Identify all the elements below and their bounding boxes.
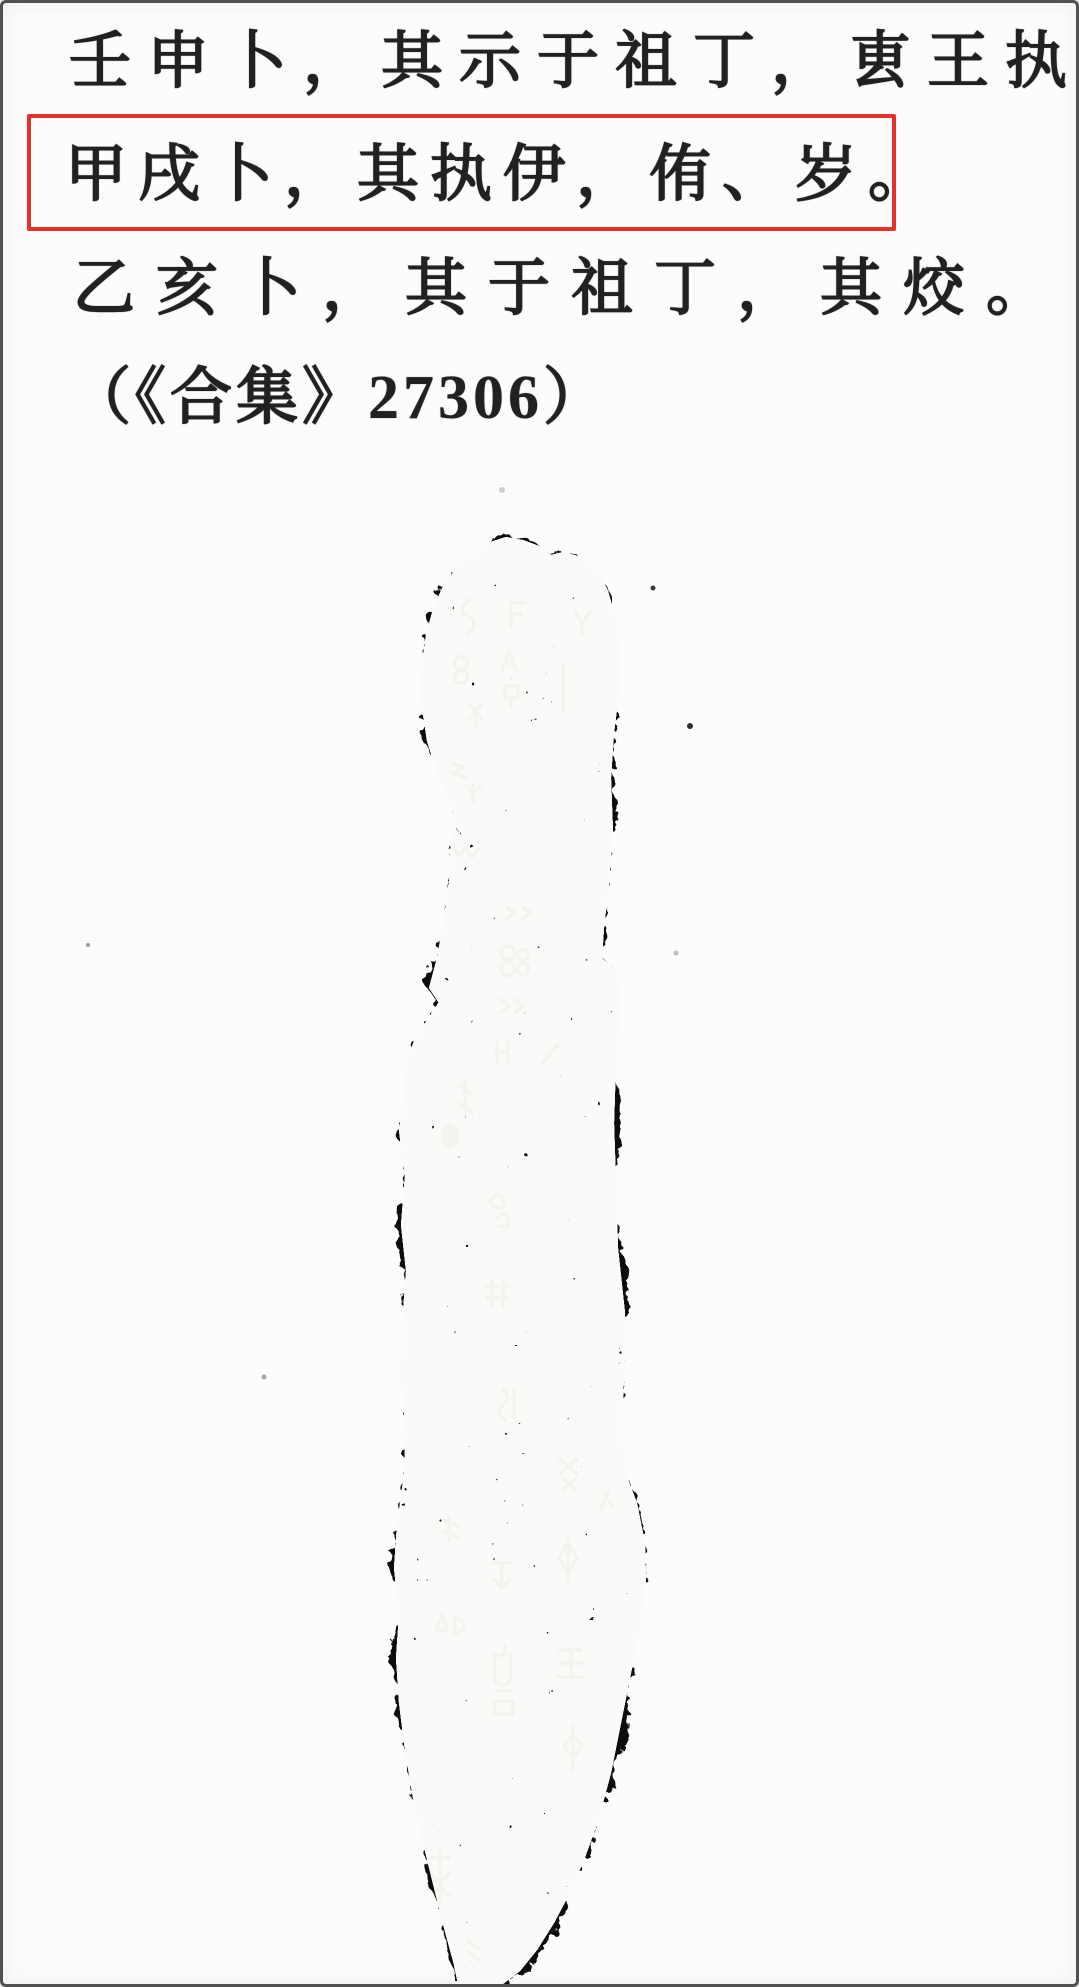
document-page: 壬申卜，其示于祖丁，叀王执。 甲戌卜，其执伊，侑、岁。 乙亥卜，其于祖丁，其烄。…: [0, 0, 1079, 1987]
oracle-bone-rubbing: [3, 3, 1076, 1984]
